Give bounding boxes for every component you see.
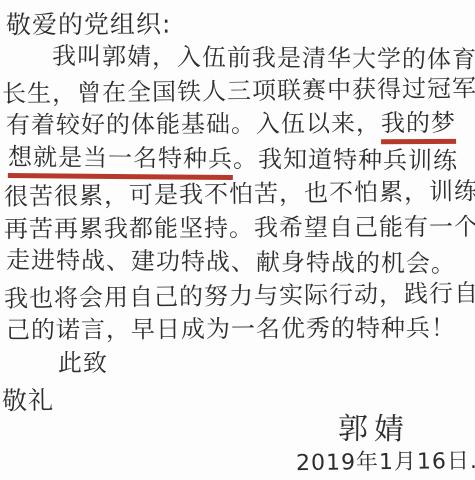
letter-line: 我叫郭婧，入伍前我是清华大学的体育特 [52, 42, 475, 75]
letter-line-text: 很苦很累，可是我不怕苦，也不怕累，训练 [4, 177, 475, 211]
letter-line: 想就是当一名特种兵。我知道特种兵训练 [8, 143, 458, 182]
letter-line: 长生，曾在全国铁人三项联赛中获得过冠军， [2, 74, 475, 109]
signature-name-text: 郭婧 [338, 412, 410, 448]
salutation: 敬爱的党组织: [6, 10, 172, 41]
closing-cizhi: 此致 [58, 349, 108, 378]
letter-line-text: 我也将会用自己的努力与实际行动，践行自 [4, 279, 475, 313]
letter-line-text: 长生，曾在全国铁人三项联赛中获得过冠军， [2, 74, 475, 108]
letter-line: 我也将会用自己的努力与实际行动，践行自 [4, 279, 475, 314]
handwritten-letter: 敬爱的党组织: 我叫郭婧，入伍前我是清华大学的体育特 长生，曾在全国铁人三项联赛… [0, 0, 475, 480]
red-underlined-text: 想就是当一名特种兵 [8, 143, 233, 180]
letter-line-text: 再苦再累我都能坚持。我希望自己能有一个 [4, 213, 475, 243]
letter-line: 己的诺言，早日成为一名优秀的特种兵！ [6, 314, 456, 345]
red-underlined-text: 我的梦 [381, 109, 456, 144]
closing-cizhi-text: 此致 [58, 349, 108, 377]
letter-line-text: 己的诺言，早日成为一名优秀的特种兵！ [6, 314, 456, 344]
letter-line-text: 走进特战、建功特战、献身特战的机会。 [6, 246, 456, 278]
letter-line: 很苦很累，可是我不怕苦，也不怕累，训练 [4, 177, 475, 212]
closing-jingli-text: 敬礼 [2, 386, 54, 416]
closing-jingli: 敬礼 [2, 386, 54, 417]
signature-date: 2019年1月16日. [296, 449, 475, 478]
letter-line: 再苦再累我都能坚持。我希望自己能有一个 [4, 213, 475, 244]
signature-date-text: 2019年1月16日. [296, 449, 475, 476]
letter-line-text: 。我知道特种兵训练 [233, 145, 458, 175]
letter-line-text: 有着较好的体能基础。入伍以来， [6, 109, 381, 139]
signature-name: 郭婧 [338, 412, 410, 449]
letter-line-text: 我叫郭婧，入伍前我是清华大学的体育特 [52, 42, 475, 74]
salutation-text: 敬爱的党组织: [6, 10, 172, 40]
letter-line: 走进特战、建功特战、献身特战的机会。 [6, 246, 456, 279]
letter-line: 有着较好的体能基础。入伍以来，我的梦 [6, 109, 456, 146]
